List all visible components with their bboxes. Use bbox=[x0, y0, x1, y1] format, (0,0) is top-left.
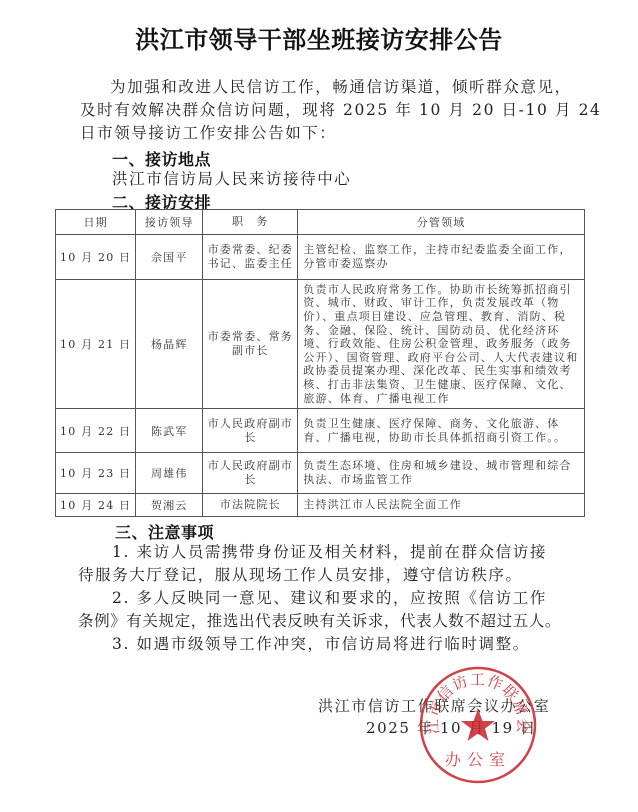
intro-line-1: 为加强和改进人民信访工作，畅通信访渠道，倾听群众意见， bbox=[110, 76, 572, 99]
document-title: 洪江市领导干部坐班接访安排公告 bbox=[0, 20, 638, 55]
note-1-line-1: 1. 来访人员需携带身份证及相关材料，提前在群众信访接 bbox=[112, 541, 547, 564]
official-seal-stamp: 洪江市信访工作联席会议 办公室 bbox=[418, 665, 538, 785]
row-area: 负责市人民政府常务工作。协助市长统筹抓招商引资、城市、财政、审计工作，负责发展改… bbox=[298, 280, 585, 409]
row-leader: 周雄伟 bbox=[136, 453, 203, 494]
location-text: 洪江市信访局人民来访接待中心 bbox=[112, 168, 351, 191]
row-date: 10 月 23 日 bbox=[56, 453, 136, 494]
note-2-line-2: 条例》有关规定，推选出代表反映有关诉求，代表人数不超过五人。 bbox=[78, 610, 561, 633]
row-position: 市委常委、常务副市长 bbox=[203, 280, 298, 409]
row-area: 主管纪检、监察工作，主持市纪委监委全面工作，分管市委巡察办 bbox=[298, 235, 585, 280]
section-heading-location: 一、接访地点 bbox=[112, 147, 211, 170]
row-date: 10 月 24 日 bbox=[56, 494, 136, 517]
row-date: 10 月 20 日 bbox=[56, 235, 136, 280]
row-leader: 杨晶辉 bbox=[136, 280, 203, 409]
intro-line-3: 日市领导接访工作安排公告如下： bbox=[80, 122, 337, 145]
row-date: 10 月 22 日 bbox=[56, 409, 136, 453]
table-row: 10 月 21 日 杨晶辉 市委常委、常务副市长 负责市人民政府常务工作。协助市… bbox=[56, 280, 585, 409]
note-3-line-1: 3. 如遇市级领导工作冲突，市信访局将进行临时调整。 bbox=[112, 633, 530, 656]
header-date: 日期 bbox=[56, 210, 136, 235]
table-row: 10 月 20 日 佘国平 市委常委、纪委书记、监委主任 主管纪检、监察工作，主… bbox=[56, 235, 585, 280]
star-icon bbox=[461, 709, 495, 741]
table-header-row: 日期 接访领导 职 务 分管领域 bbox=[56, 210, 585, 235]
row-leader: 佘国平 bbox=[136, 235, 203, 280]
row-position: 市人民政府副市长 bbox=[203, 409, 298, 453]
seal-bottom-text: 办公室 bbox=[445, 750, 511, 769]
note-1-line-2: 待服务大厅登记，服从现场工作人员安排，遵守信访秩序。 bbox=[78, 564, 523, 587]
row-leader: 陈武军 bbox=[136, 409, 203, 453]
header-position: 职 务 bbox=[203, 210, 298, 235]
row-position: 市人民政府副市长 bbox=[203, 453, 298, 494]
row-area: 负责卫生健康、医疗保障、商务、文化旅游、体育、广播电视，协助市长具体抓招商引资工… bbox=[298, 409, 585, 453]
table-row: 10 月 23 日 周雄伟 市人民政府副市长 负责生态环境、住房和城乡建设、城市… bbox=[56, 453, 585, 494]
row-position: 市法院院长 bbox=[203, 494, 298, 517]
header-area: 分管领域 bbox=[298, 210, 585, 235]
schedule-table: 日期 接访领导 职 务 分管领域 10 月 20 日 佘国平 市委常委、纪委书记… bbox=[55, 209, 585, 517]
table-row: 10 月 22 日 陈武军 市人民政府副市长 负责卫生健康、医疗保障、商务、文化… bbox=[56, 409, 585, 453]
row-area: 负责生态环境、住房和城乡建设、城市管理和综合执法、市场监管工作 bbox=[298, 453, 585, 494]
note-2-line-1: 2. 多人反映同一意见、建议和要求的，应按照《信访工作 bbox=[112, 587, 547, 610]
row-date: 10 月 21 日 bbox=[56, 280, 136, 409]
section-heading-notes: 三、注意事项 bbox=[115, 520, 214, 543]
row-position: 市委常委、纪委书记、监委主任 bbox=[203, 235, 298, 280]
table-row: 10 月 24 日 贺湘云 市法院院长 主持洪江市人民法院全面工作 bbox=[56, 494, 585, 517]
intro-line-2: 及时有效解决群众信访问题，现将 2025 年 10 月 20 日-10 月 24 bbox=[80, 99, 602, 122]
header-leader: 接访领导 bbox=[136, 210, 203, 235]
row-leader: 贺湘云 bbox=[136, 494, 203, 517]
row-area: 主持洪江市人民法院全面工作 bbox=[298, 494, 585, 517]
seal-icon: 洪江市信访工作联席会议 办公室 bbox=[418, 665, 538, 785]
